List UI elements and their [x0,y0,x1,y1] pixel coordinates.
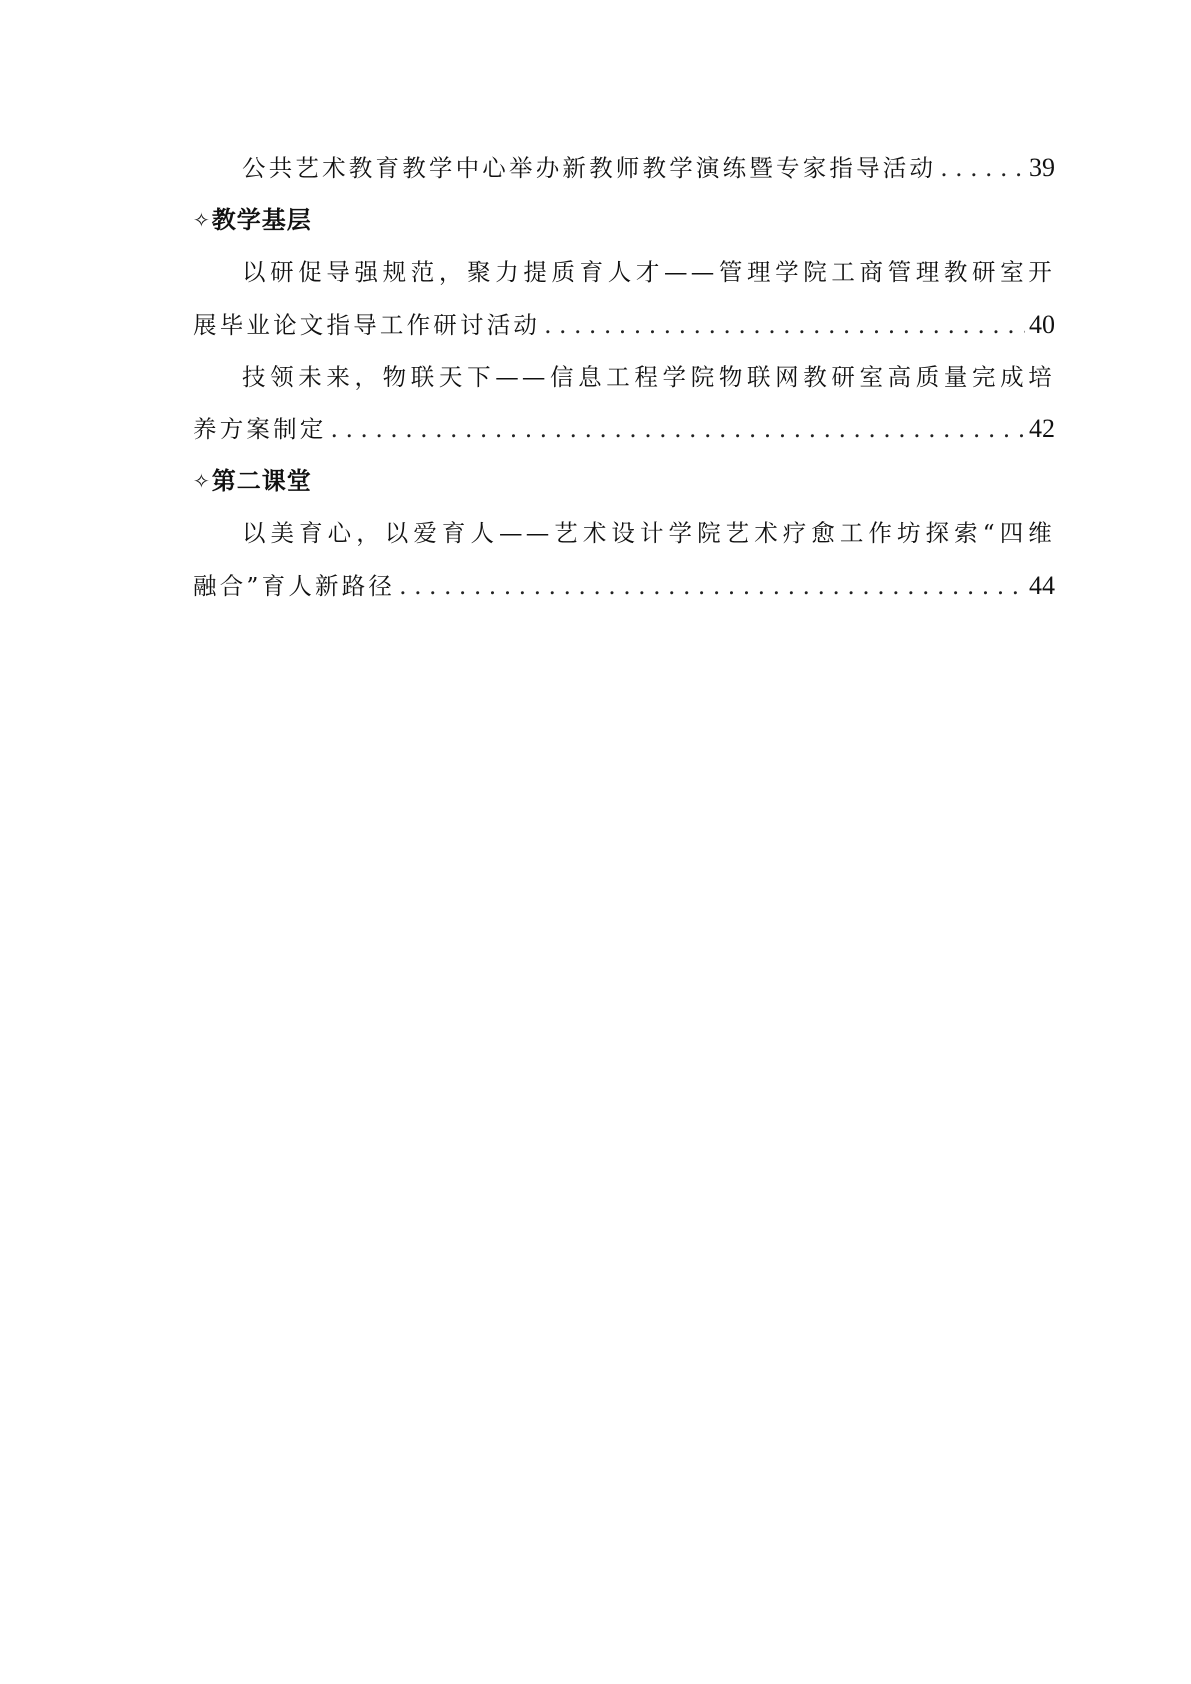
toc-section-heading-teaching-grassroots: ✧ 教学基层 [193,200,1055,252]
toc-page-number: 39 [1029,148,1055,188]
toc-entry-title-line-1: 技领未来，物联天下——信息工程学院物联网教研室高质量完成培 [242,357,1055,397]
toc-entry-line: 融合”育人新路径 44 [193,566,1055,618]
leader-dots [544,305,1025,345]
toc-entry-art-healing-workshop[interactable]: 以美育心，以爱育人——艺术设计学院艺术疗愈工作坊探索“四维 融合”育人新路径 4… [193,513,1055,617]
diamond-outline-icon: ✧ [193,200,210,240]
toc-entry-line: 养方案制定 42 [193,409,1055,461]
leader-dots [399,566,1025,606]
leader-dots [940,148,1025,188]
toc-entry-title-line-1: 以研促导强规范，聚力提质育人才——管理学院工商管理教研室开 [242,252,1055,292]
section-heading-title: 教学基层 [212,200,312,240]
toc-page-number: 44 [1029,566,1055,606]
toc-entry-public-art-teaching[interactable]: 公共艺术教育教学中心举办新教师教学演练暨专家指导活动 39 [193,148,1055,200]
toc-entry-line: 技领未来，物联天下——信息工程学院物联网教研室高质量完成培 [193,357,1055,409]
toc-entry-iot-training-plan[interactable]: 技领未来，物联天下——信息工程学院物联网教研室高质量完成培 养方案制定 42 [193,357,1055,461]
table-of-contents: 公共艺术教育教学中心举办新教师教学演练暨专家指导活动 39 ✧ 教学基层 以研促… [193,148,1055,618]
toc-entry-title-line-1: 以美育心，以爱育人——艺术设计学院艺术疗愈工作坊探索“四维 [242,513,1055,553]
toc-section-heading-second-classroom: ✧ 第二课堂 [193,461,1055,513]
toc-page-number: 40 [1029,305,1055,345]
toc-entry-title: 公共艺术教育教学中心举办新教师教学演练暨专家指导活动 [242,148,936,188]
toc-entry-title-line-2: 养方案制定 [193,409,327,449]
leader-dots [331,409,1026,449]
diamond-outline-icon: ✧ [193,461,210,501]
section-heading-title: 第二课堂 [212,461,312,501]
toc-entry-line: 展毕业论文指导工作研讨活动 40 [193,305,1055,357]
toc-entry-title-line-2: 融合”育人新路径 [193,566,395,606]
toc-entry-line: 以美育心，以爱育人——艺术设计学院艺术疗愈工作坊探索“四维 [193,513,1055,565]
toc-entry-line: 以研促导强规范，聚力提质育人才——管理学院工商管理教研室开 [193,252,1055,304]
toc-page-number: 42 [1029,409,1055,449]
toc-entry-management-thesis-guidance[interactable]: 以研促导强规范，聚力提质育人才——管理学院工商管理教研室开 展毕业论文指导工作研… [193,252,1055,356]
toc-entry-title-line-2: 展毕业论文指导工作研讨活动 [193,305,540,345]
